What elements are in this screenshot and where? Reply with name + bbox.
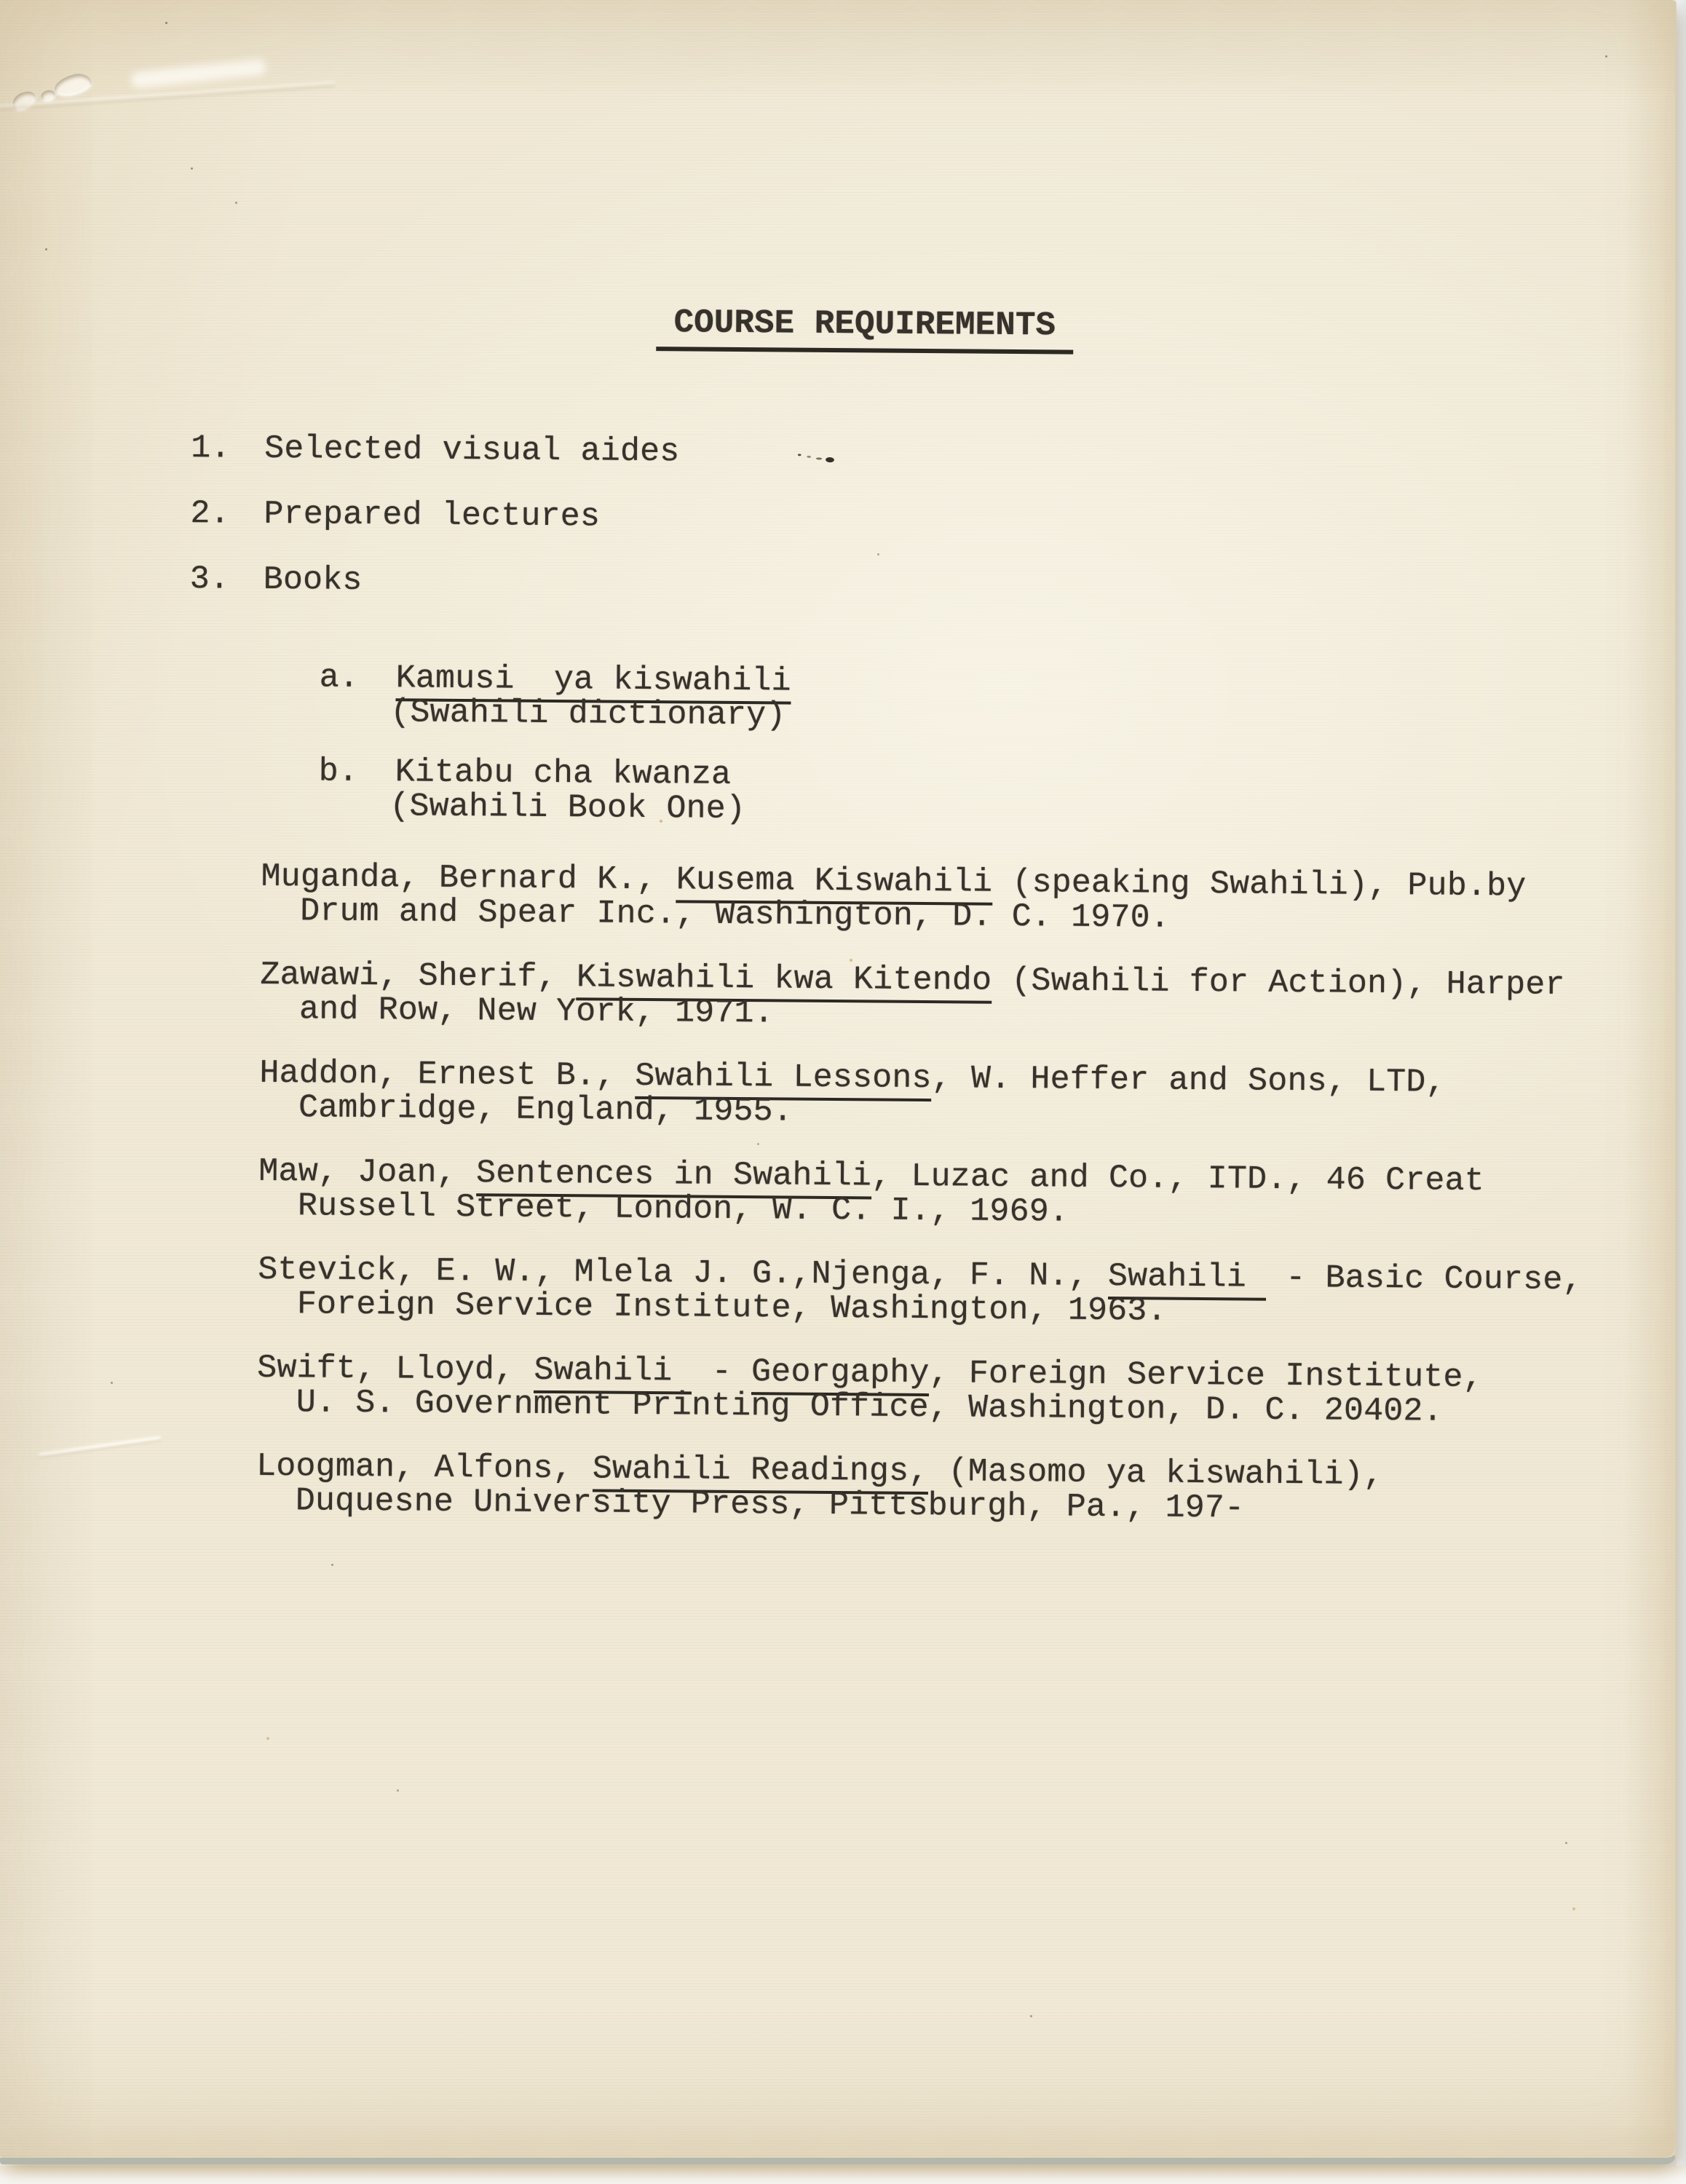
book-title-line: b.Kitabu cha kwanza [319,754,791,792]
item-text: Selected visual aides [264,430,680,470]
bib-pre: Zawawi, Sherif, [260,957,577,996]
book-subtitle: (Swahili Book One) [389,789,790,826]
bib-entry: Haddon, Ernest B., Swahili Lessons, W. H… [259,1056,1585,1135]
page-title-row: COURSE REQUIREMENTS [656,306,1073,354]
bib-mid: - [692,1353,751,1391]
book-item: a.Kamusi ya kiswahili (Swahili dictionar… [319,660,791,732]
bib-entry: Zawawi, Sherif, Kiswahili kwa Kitendo (S… [260,958,1586,1037]
paper-sheet: COURSE REQUIREMENTS 1.Selected visual ai… [0,0,1677,2164]
bibliography-list: Muganda, Bernard K., Kusema Kiswahili (s… [256,860,1586,1558]
book-title-line: a.Kamusi ya kiswahili [320,660,791,698]
bib-line2: U. S. Government Printing Office, Washin… [296,1385,1582,1430]
bib-post: (Swahili for Action), Harper [992,962,1565,1004]
item-marker: 1. [191,431,264,466]
book-subtitle: (Swahili dictionary) [390,695,791,732]
book-marker: b. [319,754,395,789]
requirements-list: 1.Selected visual aides 2.Prepared lectu… [189,431,679,631]
bib-pre: Loogman, Alfons, [256,1448,593,1488]
bib-entry: Maw, Joan, Sentences in Swahili, Luzac a… [258,1155,1584,1233]
page-title: COURSE REQUIREMENTS [656,306,1073,354]
list-item: 3.Books [190,562,679,600]
bib-pre: Maw, Joan, [258,1153,476,1192]
ink-smudge-mark [792,446,841,469]
bib-entry: Stevick, E. W., Mlela J. G.,Njenga, F. N… [258,1253,1583,1332]
book-marker: a. [320,660,396,695]
bib-entry: Swift, Lloyd, Swahili - Georgaphy, Forei… [257,1351,1583,1430]
bib-entry: Muganda, Bernard K., Kusema Kiswahili (s… [261,860,1586,938]
list-item: 2.Prepared lectures [190,496,679,534]
book-title: Kitabu cha kwanza [395,753,731,794]
book-item: b.Kitabu cha kwanza (Swahili Book One) [318,754,791,826]
bib-entry: Loogman, Alfons, Swahili Readings, (Maso… [256,1449,1582,1528]
book-sublist: a.Kamusi ya kiswahili (Swahili dictionar… [318,660,791,852]
bib-pre: Swift, Lloyd, [257,1350,534,1389]
bib-post: - Basic Course, [1266,1259,1583,1299]
document-content: COURSE REQUIREMENTS 1.Selected visual ai… [0,0,1675,2171]
bib-post: , W. Heffer and Sons, LTD, [931,1060,1445,1101]
list-item: 1.Selected visual aides [191,431,680,469]
item-text: Books [264,561,363,599]
item-marker: 3. [190,562,264,597]
scanner-background-right [1677,0,1686,2184]
item-text: Prepared lectures [264,496,600,536]
item-marker: 2. [190,496,264,531]
